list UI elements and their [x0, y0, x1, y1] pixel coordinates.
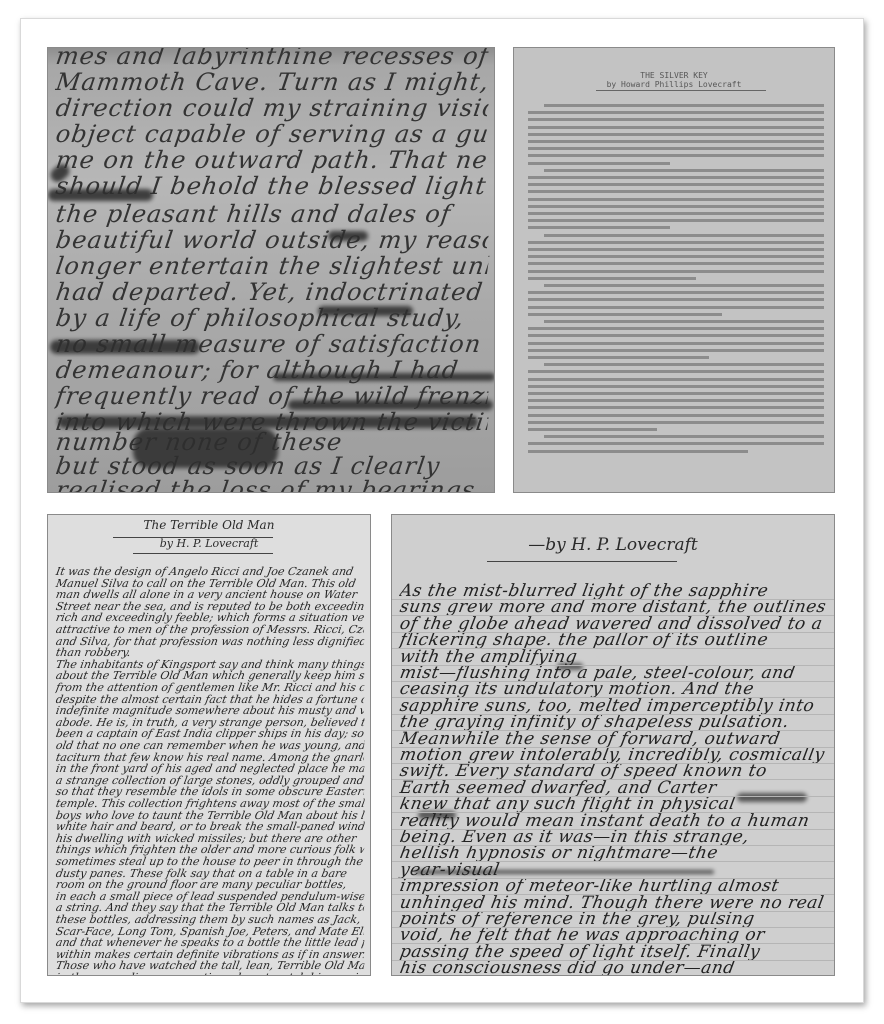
typescript-line: [528, 421, 824, 424]
typescript-line: [528, 428, 657, 431]
manuscript-line: me on the outward path. That nevermore: [54, 146, 490, 174]
typescript-line: [528, 176, 824, 179]
typescript-line: [528, 406, 824, 409]
ruled-line: [392, 665, 834, 666]
ruled-line: [392, 829, 834, 830]
title-underline: [596, 90, 766, 91]
ruled-line: [392, 714, 834, 715]
typescript-line: [528, 205, 824, 208]
manuscript-line: Mammoth Cave. Turn as I might, in no: [54, 68, 490, 96]
ruled-line: [392, 697, 834, 698]
typescript-line: [544, 363, 824, 366]
typescript-line: [528, 133, 824, 136]
typescript-line: [528, 162, 670, 165]
typescript-line: [528, 190, 824, 193]
manuscript-line: had departed. Yet, indoctrinated as I wa…: [54, 278, 490, 306]
typescript-line: [528, 248, 824, 251]
ink-redaction: [328, 231, 368, 241]
typescript-line: [528, 342, 824, 345]
ruled-line: [392, 730, 834, 731]
typescript-line: [528, 399, 824, 402]
manuscript-photo-terrible-old-man: The Terrible Old Man by H. P. Lovecraft …: [47, 514, 371, 976]
manuscript-line: realised the loss of my bearings.: [54, 476, 490, 493]
typescript-byline: by Howard Phillips Lovecraft: [514, 80, 834, 89]
typescript-line: [528, 334, 824, 337]
typescript-line: [544, 435, 824, 438]
typescript-line: [528, 442, 824, 445]
manuscript-line: direction could my straining vision seiz…: [54, 94, 490, 122]
ruled-line: [392, 763, 834, 764]
ink-redaction: [48, 189, 153, 201]
typescript-line: [528, 154, 824, 157]
typescript-line: [544, 234, 824, 237]
typescript-line: [528, 291, 824, 294]
ruled-line: [392, 943, 834, 944]
typescript-line: [528, 226, 670, 229]
manuscript-photo-handwritten-redacted: mes and labyrinthine recesses of the Mam…: [47, 47, 495, 493]
typescript-line: [528, 140, 824, 143]
typescript-line: [528, 450, 748, 453]
manuscript-title: —by H. P. Lovecraft: [392, 535, 834, 555]
typescript-line: [528, 356, 709, 359]
typescript-title: THE SILVER KEY: [514, 71, 834, 80]
manuscript-title: The Terrible Old Man: [48, 518, 370, 532]
typescript-line: [544, 284, 824, 287]
typescript-line: [528, 370, 824, 373]
typescript-line: [528, 241, 824, 244]
ruled-line: [392, 845, 834, 846]
ruled-line: [392, 632, 834, 633]
ruled-line: [392, 615, 834, 616]
manuscript-line: mes and labyrinthine recesses of the: [54, 47, 490, 70]
ink-redaction: [273, 373, 495, 381]
manuscript-line: beautiful world outside, my reason could: [54, 226, 490, 254]
ruled-line: [392, 960, 834, 961]
manuscript-photo-typewritten: THE SILVER KEY by Howard Phillips Lovecr…: [513, 47, 835, 493]
manuscript-line: in these peculiar conversations do not w…: [55, 971, 365, 976]
typescript-line: [528, 147, 824, 150]
typescript-line: [528, 298, 824, 301]
typescript-line: [528, 183, 824, 186]
typescript-line: [528, 255, 824, 258]
manuscript-line: by a life of philosophical study,: [54, 304, 490, 332]
ruled-line: [392, 796, 834, 797]
manuscript-line: the pleasant hills and dales of: [54, 200, 490, 228]
ink-redaction: [133, 428, 278, 468]
title-underline: [487, 561, 677, 562]
typescript-line: [528, 212, 824, 215]
typescript-line: [528, 118, 824, 121]
byline-underline: [133, 553, 273, 554]
ruled-line: [392, 911, 834, 912]
ruled-line: [392, 894, 834, 895]
typescript-line: [528, 414, 824, 417]
typescript-line: [528, 392, 824, 395]
typescript-line: [528, 378, 824, 381]
ruled-line: [392, 779, 834, 780]
typescript-line: [544, 104, 824, 107]
manuscript-line: longer entertain the slightest unbelief.…: [54, 252, 490, 280]
typescript-line: [528, 385, 824, 388]
ruled-line: [392, 812, 834, 813]
manuscript-line: his consciousness did go under—and: [398, 958, 830, 976]
typescript-line: [528, 306, 824, 309]
typescript-line: [544, 320, 824, 323]
ruled-line: [392, 648, 834, 649]
typescript-line: [528, 262, 824, 265]
typescript-line: [528, 126, 824, 129]
manuscript-photo-ruled-handwritten: —by H. P. Lovecraft As the mist-blurred …: [391, 514, 835, 976]
manuscript-line: object capable of serving as a guidepost…: [54, 120, 490, 148]
manuscript-byline: by H. P. Lovecraft: [48, 537, 370, 550]
ink-redaction: [58, 416, 478, 428]
ruled-line: [392, 747, 834, 748]
typescript-line: [544, 169, 824, 172]
ruled-line: [392, 599, 834, 600]
typescript-line: [528, 219, 824, 222]
typescript-line: [528, 277, 696, 280]
typescript-line: [528, 349, 824, 352]
typescript-line: [528, 313, 722, 316]
typescript-line: [528, 270, 824, 273]
ruled-line: [392, 878, 834, 879]
ruled-line: [392, 681, 834, 682]
typescript-line: [528, 327, 824, 330]
ruled-line: [392, 861, 834, 862]
ink-redaction: [50, 340, 200, 354]
ink-redaction: [288, 400, 493, 410]
ruled-line: [392, 927, 834, 928]
typescript-line: [528, 198, 824, 201]
ink-redaction: [318, 306, 413, 316]
typescript-line: [528, 111, 824, 114]
